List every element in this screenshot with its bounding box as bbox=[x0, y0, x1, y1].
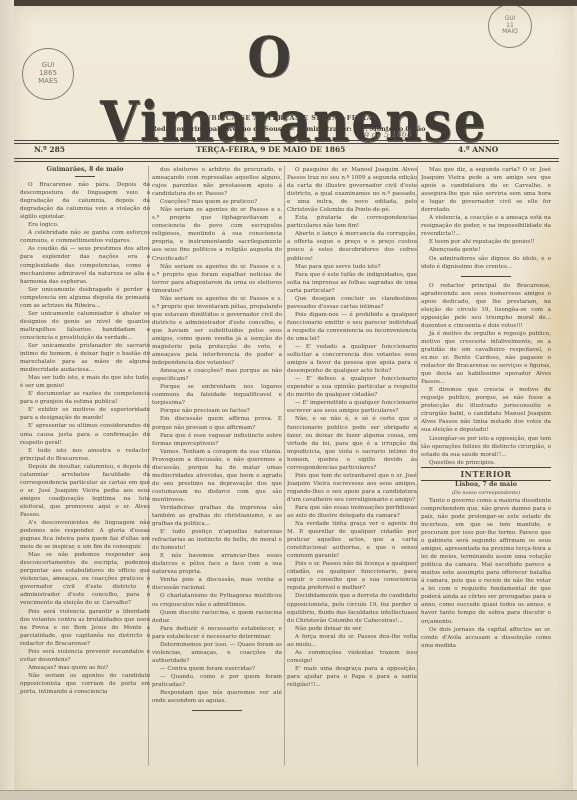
section-byline: (Do nosso correspondente) bbox=[421, 489, 551, 497]
paragraph: Ser unicamente calumniador é abater os d… bbox=[20, 310, 150, 342]
paragraph: Ameaças e coacções? mas porque as não es… bbox=[152, 367, 282, 383]
paragraph: O pasquino do sr. Manoel Joaquim Alves P… bbox=[287, 166, 417, 214]
paragraph: A's desconvenientes de linguagem não pod… bbox=[20, 519, 150, 551]
stamp-text: MAES bbox=[38, 78, 58, 86]
article-column-2: dos eleitores o arbitrio do procurado, e… bbox=[152, 166, 282, 766]
paragraph: dos eleitores o arbitrio do procurado, e… bbox=[152, 166, 282, 198]
page-bottom-edge bbox=[0, 790, 577, 800]
paragraph: Ser unicamente desbragado é perder a com… bbox=[20, 286, 150, 310]
section-heading-interior: INTERIOR bbox=[421, 467, 551, 481]
paragraph: — Quando, como e por quem foram praticad… bbox=[152, 673, 282, 689]
paragraph: Para que são essas insinuações perfidios… bbox=[287, 504, 417, 520]
paragraph: Que desejam concluir os clandestinos pav… bbox=[287, 295, 417, 311]
handwritten-note: 9 de 5 1865 bbox=[364, 129, 412, 140]
paragraph: E' mais uma desgraça para a opposição, p… bbox=[287, 665, 417, 689]
paragraph: Na verdade tinha graça ver o agente do M… bbox=[287, 520, 417, 560]
paragraph: Lisongêar-se por isto a opposição, que t… bbox=[421, 435, 551, 459]
section-dateline: Lisboa, 7 de maio bbox=[421, 481, 551, 489]
paragraph: E tudo isto nos amostra o redactor princ… bbox=[20, 447, 150, 463]
paragraph: Os admiradores são dignos do idolo, e o … bbox=[421, 255, 551, 271]
issue-year: 4.º ANNO bbox=[458, 145, 498, 154]
paragraph: Mas que diz, a segunda carta? O sr. José… bbox=[421, 166, 551, 214]
article-column-4: Mas que diz, a segunda carta? O sr. José… bbox=[421, 166, 551, 756]
paragraph: Mas ser tudo isto, e mais do que isto tu… bbox=[20, 374, 150, 390]
paragraph: — E' impermittido a qualquer funccionari… bbox=[287, 399, 417, 415]
paragraph: Coacções? mas quem as praticou? bbox=[152, 198, 282, 206]
paragraph: Porque não precisam os factos? bbox=[152, 407, 282, 415]
paragraph: E' documentar as razões de competencia p… bbox=[20, 390, 150, 406]
article-separator-rule bbox=[461, 276, 511, 277]
column-divider bbox=[284, 166, 285, 766]
paragraph: — E' defeso a qualquer funccionario expe… bbox=[287, 375, 417, 399]
paragraph: A força moral do sr. Passos deu-lhe volt… bbox=[287, 633, 417, 649]
paragraph: E' exhibir os motivos de superioridade p… bbox=[20, 406, 150, 422]
paragraph: Abençoada gente! bbox=[421, 246, 551, 254]
paragraph: Não seriam os agentes do sr. Passos e s.… bbox=[152, 263, 282, 295]
paragraph: E diremos que crescia o motivo de regosi… bbox=[421, 386, 551, 434]
paragraph: Pois será violencia prevenir escandalos … bbox=[20, 648, 150, 664]
article-column-1: Guimarães, 8 de maio O Bracarense não pá… bbox=[20, 166, 150, 766]
paragraph: Os dois jornaes da capital affectos ao s… bbox=[421, 626, 551, 650]
stamp-text: MAIO bbox=[502, 29, 518, 36]
paragraph: O charlatanismo de Pythagoras mistificou… bbox=[152, 592, 282, 608]
paragraph: Mas para que serve tudo isto? bbox=[287, 263, 417, 271]
article-column-3: O pasquino do sr. Manoel Joaquim Alves P… bbox=[287, 166, 417, 766]
paragraph: Verdadeiras gralhas da imprensa são tamb… bbox=[152, 504, 282, 528]
paragraph: O Bracarense não pára. Depois da descomp… bbox=[20, 181, 150, 221]
paragraph: Porque se embrenham nos logares communs … bbox=[152, 383, 282, 407]
paragraph: — E' vedado a qualquer funccionario soll… bbox=[287, 343, 417, 375]
issue-info-bar: N.º 285 TERÇA-FEIRA, 9 DE MAIO DE 1865 4… bbox=[0, 145, 577, 157]
paragraph: Vamos. Tenham a coragem da sua vilania. … bbox=[152, 448, 282, 504]
paragraph: A violencia, a coacção e a ameaça está n… bbox=[421, 214, 551, 238]
paragraph: Não seriam os agentes do candidato oppos… bbox=[20, 672, 150, 696]
paragraph: Aberto o lanço á mercancia da corrupção,… bbox=[287, 230, 417, 262]
paragraph: Não, e se não é, e só é certo que o func… bbox=[287, 415, 417, 471]
paragraph: E nós havemos arrancar-lhes esses disfar… bbox=[152, 552, 282, 576]
paragraph: Questões de principios. bbox=[421, 459, 551, 467]
paragraph: Pois será violencia garantir a liberdade… bbox=[20, 608, 150, 648]
paragraph: Para deduzir é necessario estabelecer, e… bbox=[152, 625, 282, 641]
paragraph: E' apresentar os ultimos considerandos d… bbox=[20, 422, 150, 446]
paragraph: Para que é este tufão de indignidades, q… bbox=[287, 271, 417, 295]
paragraph: Já é motivo de orgulho e regosijo public… bbox=[421, 330, 551, 386]
paragraph: Mas se não podemos responder aos desconc… bbox=[20, 551, 150, 607]
publication-days: PUBLICA-SE ÁS TERÇAS E SEXTAS-FEIRAS bbox=[0, 114, 577, 122]
paragraph: E teem por ahi reputação de genios!! bbox=[421, 238, 551, 246]
paragraph: Em discussão quem affirma prova. E porqu… bbox=[152, 415, 282, 431]
paragraph: A celebridade não se ganha com esforços … bbox=[20, 229, 150, 245]
paragraph: Decididamente que a derrota do candidato… bbox=[287, 592, 417, 624]
paragraph: Não seriam os agentes do sr. Passos e s.… bbox=[152, 295, 282, 367]
issue-date: TERÇA-FEIRA, 9 DE MAIO DE 1865 bbox=[196, 145, 345, 154]
paragraph: Era logico. bbox=[20, 221, 150, 229]
paragraph: Tanto o governo como a maioria dissident… bbox=[421, 497, 551, 626]
postal-stamp-left: GUI 1865 MAES bbox=[22, 48, 74, 100]
article-dateline: Guimarães, 8 de maio bbox=[20, 166, 150, 174]
paragraph: Pois o sr. Passos não dá licença a qualq… bbox=[287, 560, 417, 592]
paragraph: Esta pirataria de correspondencias parti… bbox=[287, 214, 417, 230]
paragraph: As commoções violentas trazem isso comsi… bbox=[287, 649, 417, 665]
paragraph: Venha pois a discussão, mas venha a disc… bbox=[152, 576, 282, 592]
paragraph: As coudão dá — seus prestimos dos altos … bbox=[20, 245, 150, 285]
postal-stamp-right: GUI 11 MAIO bbox=[488, 4, 532, 48]
editors-line: Redactor principal: Avelino de Sousa — A… bbox=[0, 125, 577, 133]
paragraph: — Contra quem foram exercidas? bbox=[152, 665, 282, 673]
paragraph: Não seriam os agentes do sr. Passos e s.… bbox=[152, 206, 282, 262]
issue-number: N.º 285 bbox=[34, 145, 65, 154]
article-end-rule bbox=[192, 710, 242, 711]
paragraph: Não pode deixar de ser. bbox=[287, 625, 417, 633]
title-rule bbox=[75, 176, 95, 177]
paragraph: Ser unicamente profanador do sacrario in… bbox=[20, 342, 150, 374]
paragraph: Quem discute raciocina, e quem raciocina… bbox=[152, 609, 282, 625]
paragraph: O redactor principal do Bracarense, agra… bbox=[421, 282, 551, 330]
paragraph: Pois digam-nos — é prohibido a qualquer … bbox=[287, 311, 417, 343]
paragraph: E' tudo postiço n'aquellas naturezas ref… bbox=[152, 528, 282, 552]
column-divider bbox=[417, 166, 418, 766]
paragraph: Pois que tem de estranhavel que o sr. Jo… bbox=[287, 472, 417, 504]
header-rule-bottom bbox=[14, 158, 559, 162]
header-rule-top bbox=[14, 140, 559, 144]
paragraph: Ameaças? mas quem as fez? bbox=[20, 664, 150, 672]
paragraph: Respondam que nós queremos ver até onde … bbox=[152, 689, 282, 705]
paragraph: Para que é esse vaguear indistincto sobr… bbox=[152, 432, 282, 448]
paragraph: Depois de insultar, calumniou, e depois … bbox=[20, 463, 150, 519]
paragraph: Determinemos por isso. — Quaes foram as … bbox=[152, 641, 282, 665]
